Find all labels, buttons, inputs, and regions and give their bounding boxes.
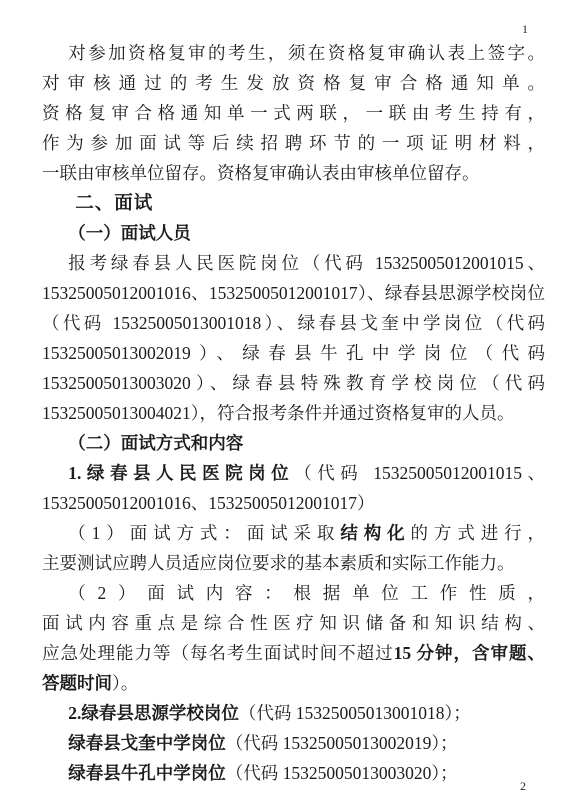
text-run: 二、面试 bbox=[75, 192, 153, 213]
para-position-niukong-school: 绿春县牛孔中学岗位（代码 15325005013003020）； bbox=[42, 758, 545, 788]
text-run: 绿春县戈奎中学岗位 bbox=[68, 733, 226, 753]
text-run: 报考绿春县人民医院岗位（代码 15325005012001015、1532500… bbox=[42, 253, 545, 423]
page-number-bottom: 2 bbox=[520, 780, 526, 792]
para-position-1-hospital: 1.绿春县人民医院岗位（代码 15325005012001015、1532500… bbox=[42, 458, 545, 518]
text-run: 1.绿春县人民医院岗位 bbox=[68, 463, 294, 483]
text-run: （二）面试方式和内容 bbox=[68, 433, 243, 453]
text-run: （代码 15325005013002019）； bbox=[226, 733, 458, 753]
para-interview-personnel-positions: 报考绿春县人民医院岗位（代码 15325005012001015、1532500… bbox=[42, 248, 545, 428]
text-run: ）。 bbox=[112, 673, 138, 693]
heading-section-2-interview: 二、面试 bbox=[42, 188, 545, 218]
para-qualification-review-note: 对参加资格复审的考生，须在资格复审确认表上签字。对审核通过的考生发放资格复审合格… bbox=[42, 38, 545, 188]
text-run: 绿春县牛孔中学岗位 bbox=[68, 763, 226, 783]
text-run: （代码 15325005013003020）； bbox=[226, 763, 458, 783]
heading-2-1-interview-personnel: （一）面试人员 bbox=[42, 218, 545, 248]
para-position-2-siyuan-school: 2.绿春县思源学校岗位（代码 15325005013001018）； bbox=[42, 698, 545, 728]
para-position-gekui-school: 绿春县戈奎中学岗位（代码 15325005013002019）； bbox=[42, 728, 545, 758]
document-page: 1 对参加资格复审的考生，须在资格复审确认表上签字。对审核通过的考生发放资格复审… bbox=[0, 0, 588, 801]
para-interview-content: （2）面试内容：根据单位工作性质，面试内容重点是综合性医疗知识储备和知识结构、应… bbox=[42, 578, 545, 698]
heading-2-2-interview-method-content: （二）面试方式和内容 bbox=[42, 428, 545, 458]
text-run: （代码 15325005013001018）； bbox=[239, 703, 471, 723]
text-run: 2.绿春县思源学校岗位 bbox=[68, 703, 239, 723]
text-run: （1）面试方式：面试采取 bbox=[68, 523, 340, 543]
page-number-top: 1 bbox=[522, 23, 528, 35]
text-run: （一）面试人员 bbox=[68, 223, 191, 243]
para-interview-method: （1）面试方式：面试采取结构化的方式进行，主要测试应聘人员适应岗位要求的基本素质… bbox=[42, 518, 545, 578]
document-body: 对参加资格复审的考生，须在资格复审确认表上签字。对审核通过的考生发放资格复审合格… bbox=[42, 38, 545, 788]
text-run: 对参加资格复审的考生，须在资格复审确认表上签字。对审核通过的考生发放资格复审合格… bbox=[42, 43, 545, 183]
text-run: 结构化 bbox=[340, 523, 410, 543]
